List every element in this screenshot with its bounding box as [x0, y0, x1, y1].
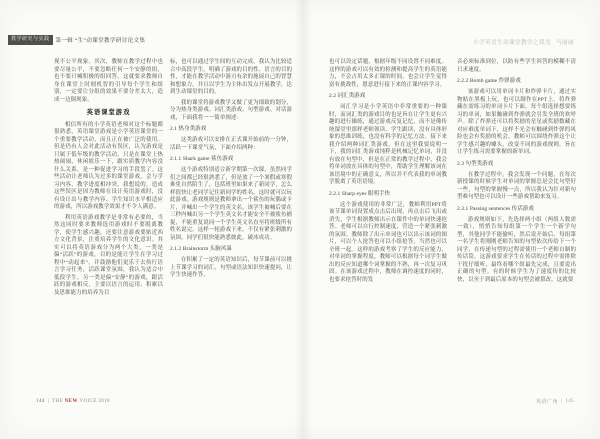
- paragraph: 在教学过程中，我会发现一个问题，在每次新授课的时候学生对单词的掌握总是会比句型好…: [457, 172, 576, 202]
- page-number-left: 144: [36, 398, 45, 404]
- paragraph: 我的课堂将游戏教学又做了更为细致的划分，分为热身类游戏、词汇类游戏、句型游戏、对…: [170, 100, 292, 123]
- brand-rest: VOICE 2018: [78, 398, 110, 404]
- paragraph: 游戏规则如下，先选择两小组（两组人数需一致），悄悄告知每组第一个学生一个新学句型…: [457, 217, 576, 285]
- paragraph: 相信所有的小学英语老师对这个标题都很熟悉，英语课堂游戏是小学英语课堂的一个重要教…: [54, 122, 163, 212]
- left-page-footer: 144 | THE NEW VOICE 2018: [36, 398, 110, 404]
- journal-brand: THE NEW VOICE 2018: [52, 398, 110, 404]
- subsection-heading-2-2: 2.2 词汇类游戏: [329, 93, 447, 101]
- subsection-heading-2-3-1: 2.3.1 Passing sentences 传话游戏: [457, 206, 576, 214]
- subsection-heading-2-3: 2.3 句型类游戏: [457, 161, 576, 169]
- article-author: 马丽丽: [556, 38, 574, 46]
- right-page-column-1: 也可以设定话题，根据年级不同设置不同难度。这样的游戏可以有效的检测和提高学生的英…: [329, 59, 447, 287]
- subsection-heading-2-2-1: 2.2.1 Sharp eyes 眼明手快: [329, 191, 447, 199]
- paragraph: 这个游戏使用的非常广泛，教师利用PPT将该节课单词设置成点击后出现、再点击后飞出…: [329, 202, 447, 285]
- paragraph: 该游戏可以用单词卡片和炸弹卡片，通过实物贴在黑板上玩，也可以制作在PPT上。将炸…: [457, 89, 576, 157]
- right-page-column-2: 音必须标准到位，以防有些学生回答的模糊不清只求速度。 2.2.2 Bomb ga…: [457, 59, 576, 287]
- paragraph: 在积累了一定的英语知识后，每节课前可以挑上节课学习的词汇、句型或语法知识快速提问…: [170, 257, 292, 280]
- paragraph: 这类游戏可以安排在正式课开始前的一分钟，活跃一下课堂气氛，下面介绍两种：: [170, 137, 292, 152]
- paragraph: 现不公平现象。其次，教师在教学过程中也要尽量公平，不要忽略任何一个安静的组，也不…: [54, 59, 163, 104]
- left-page-column-2: 标，也可以通过学生间的互动完成，我认为比较适合中高段学生。明确了游戏的目的性、语…: [170, 59, 292, 283]
- paragraph: 也可以设定话题，根据年级不同设置不同难度。这样的游戏可以有效的检测和提高学生的英…: [329, 59, 447, 89]
- paragraph: 音必须标准到位，以防有些学生回答的模糊不清只求速度。: [457, 59, 576, 74]
- brand-new: NEW: [65, 398, 78, 404]
- section-badge: 教学研究与实践: [8, 35, 53, 45]
- footer-section-name: 英语广角: [536, 398, 558, 405]
- section-heading: 英语课堂游戏: [54, 109, 163, 117]
- page-number-right: 145: [565, 398, 574, 405]
- subsection-heading-2-1-1: 2.1.1 Shark game 鲨鱼游戏: [170, 156, 292, 164]
- subsection-heading-2-1: 2.1 热身类游戏: [170, 126, 292, 134]
- subsection-heading-2-1-2: 2.1.2 Brainstorm 头脑风暴: [170, 246, 292, 254]
- article-title: 小学英语生动课堂教学之我见: [473, 38, 551, 46]
- paragraph: 这个游戏特别适合新学期第一次课，虽然同学们之间都已经很熟悉了，但是放了一个暑假或…: [170, 167, 292, 242]
- footer-separator: |: [561, 398, 562, 405]
- paragraph: 词汇学习是小学英语中非常重要的一种课时，而词汇类的游戏目的也是旨在让学生更有兴趣…: [329, 104, 447, 187]
- paragraph: 标，也可以通过学生间的互动完成，我认为比较适合中高段学生。明确了游戏的目的性、语…: [170, 59, 292, 97]
- left-page-column-1: 现不公平现象。其次，教师在教学过程中也要尽量公平，不要忽略任何一个安静的组，也不…: [54, 59, 163, 300]
- right-page-footer: 英语广角 | 145: [536, 398, 574, 405]
- left-running-header: 教学研究与实践 第一辑 “生”动课堂教学研讨论文集: [8, 35, 145, 45]
- page-gutter-shadow: [294, 0, 312, 439]
- subsection-heading-2-2-2: 2.2.2 Bomb game 炸弹游戏: [457, 78, 576, 86]
- right-running-header: 小学英语生动课堂教学之我见 马丽丽: [473, 38, 574, 46]
- scanned-journal-spread: 教学研究与实践 第一辑 “生”动课堂教学研讨论文集 小学英语生动课堂教学之我见 …: [0, 0, 600, 439]
- brand-the: THE: [52, 398, 65, 404]
- paragraph: 利用英语游戏教学是非常有必要的，当然这同时要求教师选用游戏时不要脱离教学，使学生…: [54, 215, 163, 298]
- left-header-title: 第一辑 “生”动课堂教学研讨论文集: [56, 36, 146, 44]
- footer-separator: |: [48, 398, 49, 404]
